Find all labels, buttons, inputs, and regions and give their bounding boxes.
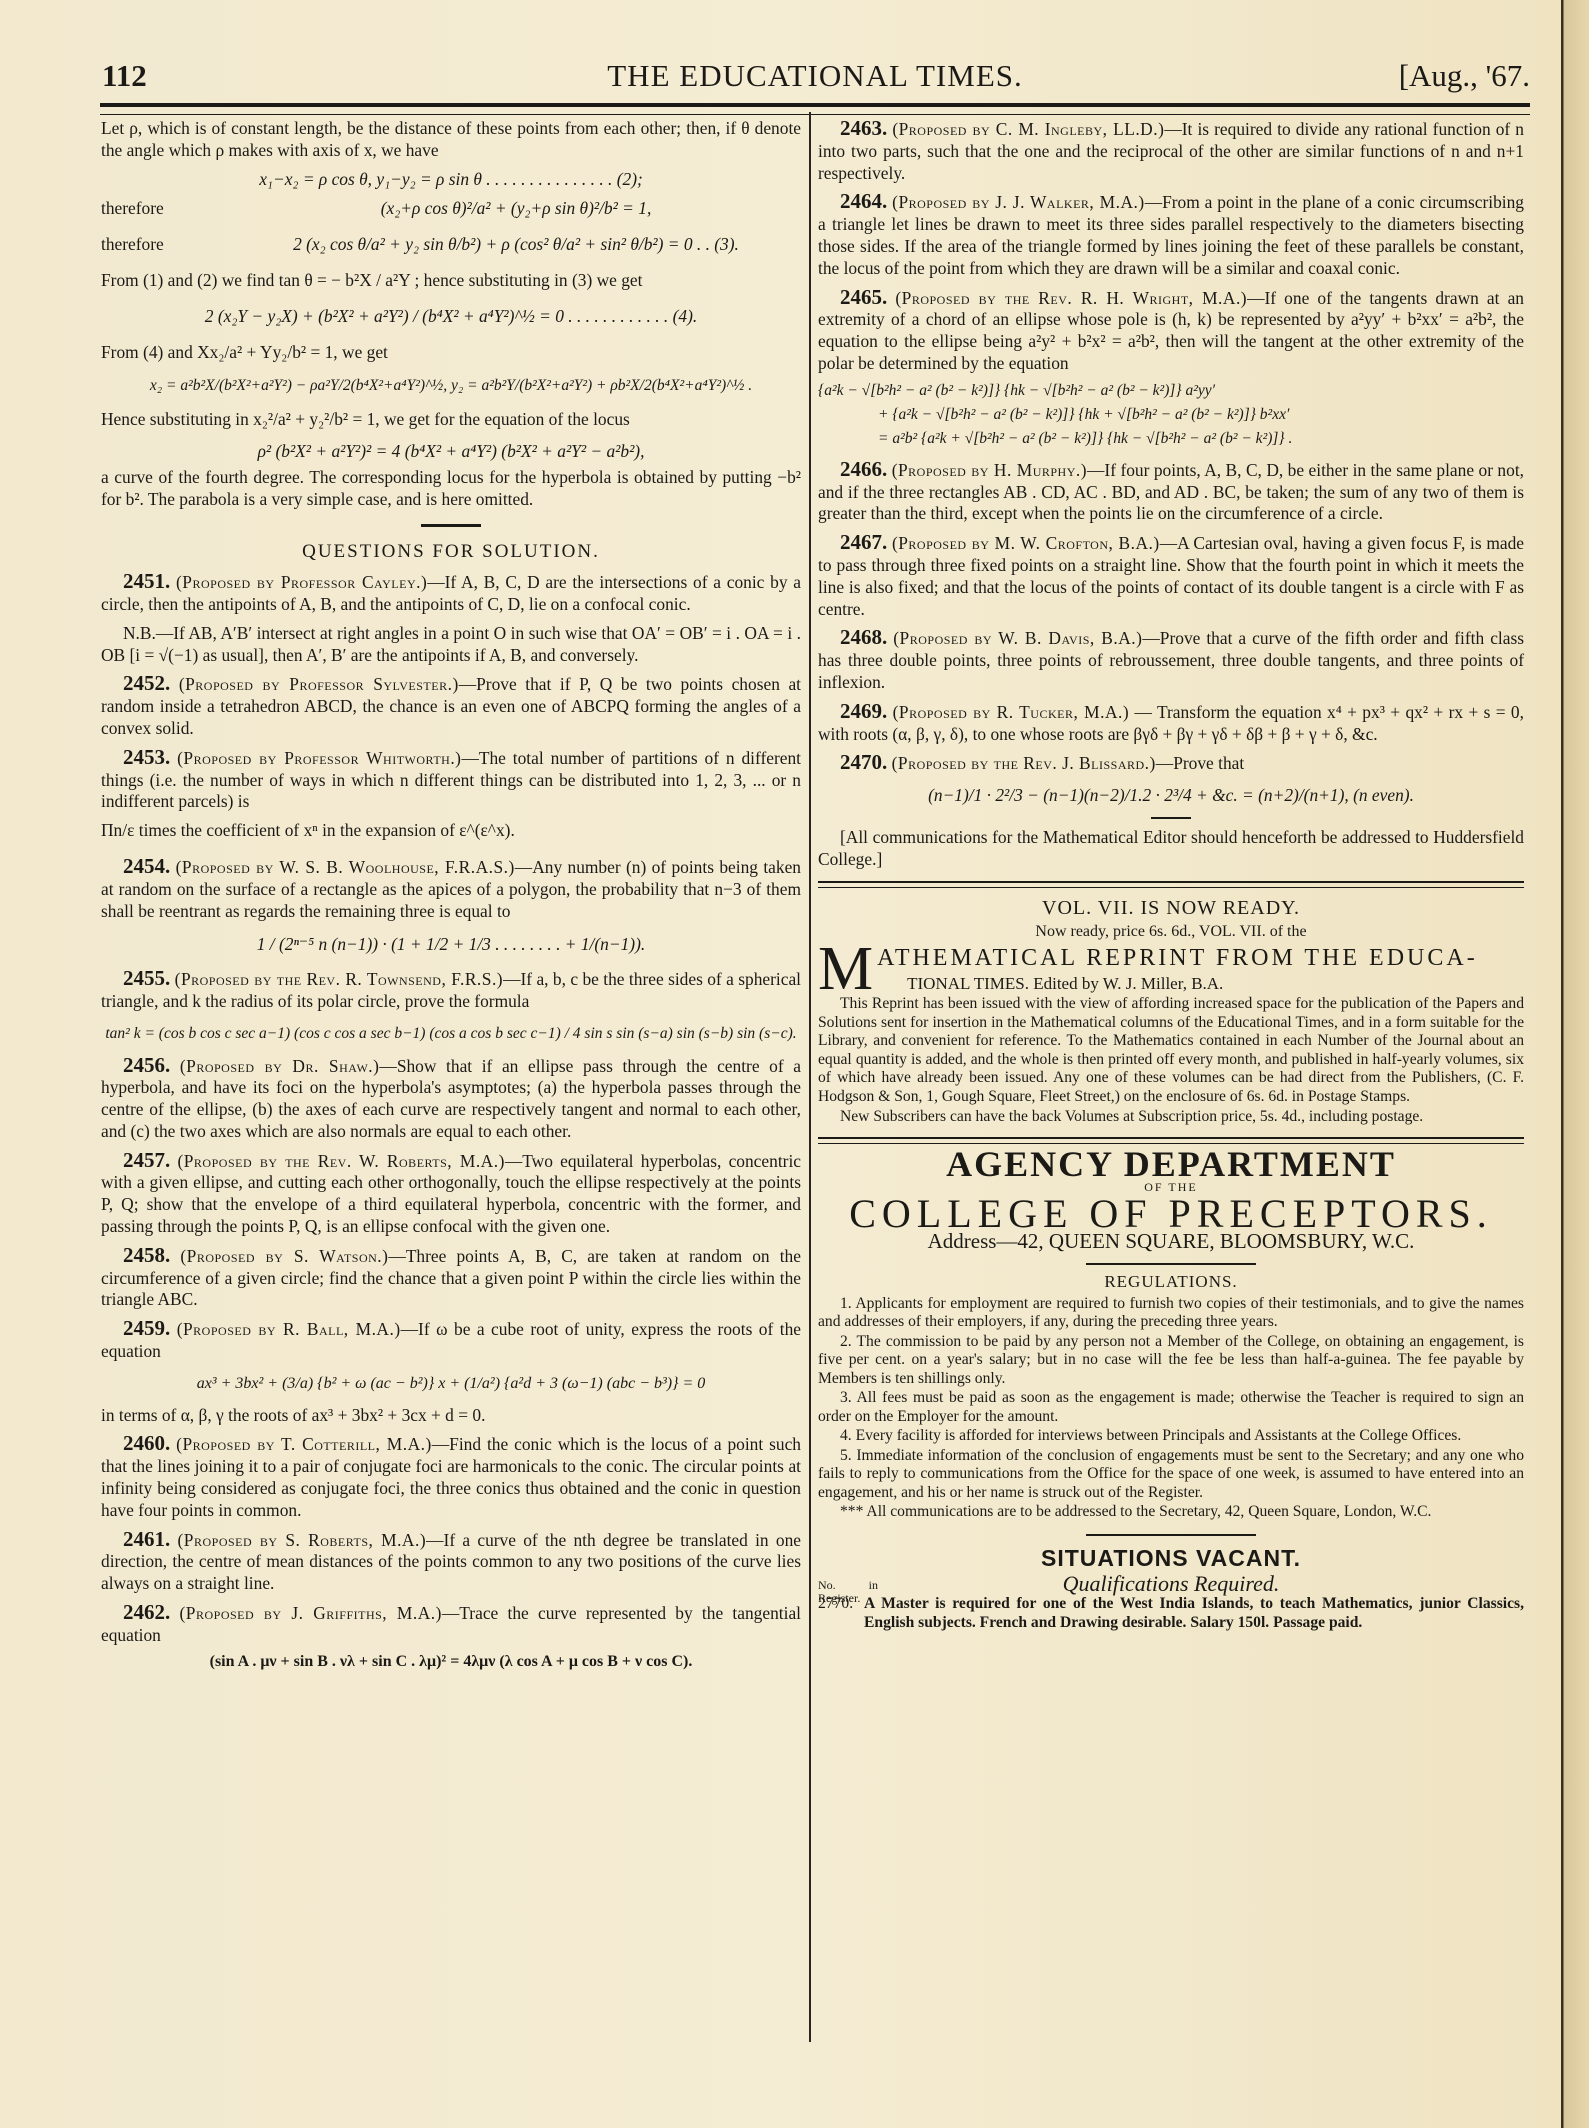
question-2461: 2461. (Proposed by S. Roberts, M.A.)—If … <box>101 1529 801 1595</box>
vol-ad-title: VOL. VII. IS NOW READY. <box>818 898 1524 920</box>
equation-3: 2 (x₂ cos θ/a² + y₂ sin θ/b²) + ρ (cos² … <box>231 234 801 256</box>
situations-subtitle: Qualifications Required. <box>818 1573 1524 1595</box>
question-2453: 2453. (Proposed by Professor Whitworth.)… <box>101 747 801 813</box>
situation-text: A Master is required for one of the West… <box>864 1595 1524 1632</box>
question-2458: 2458. (Proposed by S. Watson.)—Three poi… <box>101 1245 801 1311</box>
question-2459-after: in terms of α, β, γ the roots of ax³ + 3… <box>101 1405 801 1427</box>
equation-x2-y2: x₂ = a²b²X/(b²X²+a²Y²) − ρa²Y/2(b⁴X²+a⁴Y… <box>101 375 801 397</box>
question-2468: 2468. (Proposed by W. B. Davis, B.A.)—Pr… <box>818 627 1524 693</box>
headline-line-2: TIONAL TIMES. Edited by W. J. Miller, B.… <box>877 973 1478 995</box>
question-2469: 2469. (Proposed by R. Tucker, M.A.) — Tr… <box>818 701 1524 746</box>
situations-title: SITUATIONS VACANT. <box>818 1548 1524 1570</box>
running-title: THE EDUCATIONAL TIMES. <box>100 58 1530 94</box>
question-2470-formula: (n−1)/1 · 2²/3 − (n−1)(n−2)/1.2 · 2³/4 +… <box>818 785 1524 807</box>
question-2467: 2467. (Proposed by M. W. Crofton, B.A.)—… <box>818 532 1524 620</box>
header-rule <box>100 103 1530 115</box>
regulation-5: 5. Immediate information of the conclusi… <box>818 1447 1524 1503</box>
section-double-rule <box>818 1137 1524 1144</box>
equation-row: therefore 2 (x₂ cos θ/a² + y₂ sin θ/b²) … <box>101 234 801 256</box>
derivation-paragraph: From (4) and Xx₂/a² + Yy₂/b² = 1, we get <box>101 342 801 364</box>
question-2455-formula: tan² k = (cos b cos c sec a−1) (cos c co… <box>101 1023 801 1045</box>
headline-line-1: ATHEMATICAL REPRINT FROM THE EDUCA- <box>877 943 1478 973</box>
right-column: 2463. (Proposed by C. M. Ingleby, LL.D.)… <box>818 118 1524 1632</box>
conclusion-paragraph: a curve of the fourth degree. The corres… <box>101 467 801 511</box>
question-2451-note: N.B.—If AB, A′B′ intersect at right angl… <box>101 623 801 667</box>
issue-date: [Aug., '67. <box>1399 58 1530 94</box>
regulation-4: 4. Every facility is afforded for interv… <box>818 1427 1524 1446</box>
question-2466: 2466. (Proposed by H. Murphy.)—If four p… <box>818 459 1524 525</box>
left-column: Let ρ, which is of constant length, be t… <box>101 118 801 1680</box>
question-2462-formula: (sin A . μν + sin B . νλ + sin C . λμ)² … <box>101 1651 801 1673</box>
question-2456: 2456. (Proposed by Dr. Shaw.)—Show that … <box>101 1055 801 1143</box>
column-divider <box>809 112 811 2042</box>
question-2465: 2465. (Proposed by the Rev. R. H. Wright… <box>818 287 1524 375</box>
question-2455: 2455. (Proposed by the Rev. R. Townsend,… <box>101 968 801 1013</box>
question-2462: 2462. (Proposed by J. Griffiths, M.A.)—T… <box>101 1602 801 1647</box>
equation-2: x₁−x₂ = ρ cos θ, y₁−y₂ = ρ sin θ . . . .… <box>101 169 801 191</box>
question-2454-formula: 1 / (2ⁿ⁻⁵ n (n−1)) · (1 + 1/2 + 1/3 . . … <box>101 934 801 956</box>
intro-paragraph: Let ρ, which is of constant length, be t… <box>101 118 801 162</box>
regulations-title: REGULATIONS. <box>818 1271 1524 1293</box>
vol-ad-headline: M ATHEMATICAL REPRINT FROM THE EDUCA- TI… <box>818 943 1524 995</box>
vol-ad-subtitle: Now ready, price 6s. 6d., VOL. VII. of t… <box>818 921 1524 943</box>
college-name: COLLEGE OF PRECEPTORS. <box>818 1203 1524 1225</box>
register-label: No. in Register. <box>818 1579 878 1605</box>
derivation-paragraph: From (1) and (2) we find tan θ = − b²X /… <box>101 270 801 292</box>
question-2454: 2454. (Proposed by W. S. B. Woolhouse, F… <box>101 856 801 922</box>
page-binding-edge <box>1561 0 1589 2128</box>
section-rule <box>1151 817 1191 819</box>
agency-title: AGENCY DEPARTMENT <box>818 1154 1524 1176</box>
equation-label: therefore <box>101 198 231 220</box>
equation-ellipse: (x₂+ρ cos θ)²/a² + (y₂+ρ sin θ)²/b² = 1, <box>231 198 801 220</box>
question-2465-formula: {a²k − √[b²h² − a² (b² − k²)]} {hk − √[b… <box>818 379 1524 451</box>
regulation-1: 1. Applicants for employment are require… <box>818 1295 1524 1332</box>
editor-note: [All communications for the Mathematical… <box>818 827 1524 871</box>
section-double-rule <box>818 881 1524 888</box>
equation-label: therefore <box>101 234 231 256</box>
section-rule <box>421 524 481 527</box>
formula-line: + {a²k − √[b²h² − a² (b² − k²)]} {hk + √… <box>818 403 1524 427</box>
formula-line: = a²b² {a²k + √[b²h² − a² (b² − k²)]} {h… <box>818 427 1524 451</box>
section-rule <box>1086 1263 1256 1265</box>
question-2453-formula: Πn/ε times the coefficient of xⁿ in the … <box>101 820 801 842</box>
vol-ad-subscribers: New Subscribers can have the back Volume… <box>818 1108 1524 1127</box>
equation-row: therefore (x₂+ρ cos θ)²/a² + (y₂+ρ sin θ… <box>101 198 801 220</box>
vol-ad-body: This Reprint has been issued with the vi… <box>818 995 1524 1106</box>
question-2463: 2463. (Proposed by C. M. Ingleby, LL.D.)… <box>818 118 1524 184</box>
question-2470: 2470. (Proposed by the Rev. J. Blissard.… <box>818 752 1524 775</box>
equation-locus: ρ² (b²X² + a²Y²)² = 4 (b⁴X² + a⁴Y²) (b²X… <box>101 441 801 463</box>
page-header: 112 THE EDUCATIONAL TIMES. [Aug., '67. <box>100 58 1530 98</box>
drop-cap: M <box>818 943 873 995</box>
agency-department: AGENCY DEPARTMENT OF THE COLLEGE OF PREC… <box>818 1154 1524 1522</box>
situations-vacant: SITUATIONS VACANT. No. in Register. Qual… <box>818 1548 1524 1633</box>
question-2451: 2451. (Proposed by Professor Cayley.)—If… <box>101 571 801 616</box>
situation-entry: 2770. A Master is required for one of th… <box>818 1595 1524 1632</box>
derivation-paragraph: Hence substituting in x₂²/a² + y₂²/b² = … <box>101 409 801 431</box>
question-2459: 2459. (Proposed by R. Ball, M.A.)—If ω b… <box>101 1318 801 1363</box>
question-2459-formula: ax³ + 3bx² + (3/a) {b² + ω (ac − b²)} x … <box>101 1373 801 1395</box>
question-2452: 2452. (Proposed by Professor Sylvester.)… <box>101 673 801 739</box>
question-2457: 2457. (Proposed by the Rev. W. Roberts, … <box>101 1150 801 1238</box>
regulation-3: 3. All fees must be paid as soon as the … <box>818 1389 1524 1426</box>
question-2460: 2460. (Proposed by T. Cotterill, M.A.)—F… <box>101 1433 801 1521</box>
vol-vii-advertisement: VOL. VII. IS NOW READY. Now ready, price… <box>818 898 1524 1127</box>
regulation-2: 2. The commission to be paid by any pers… <box>818 1333 1524 1389</box>
question-2464: 2464. (Proposed by J. J. Walker, M.A.)—F… <box>818 191 1524 279</box>
section-title: QUESTIONS FOR SOLUTION. <box>101 541 801 563</box>
formula-line: {a²k − √[b²h² − a² (b² − k²)]} {hk − √[b… <box>818 379 1524 403</box>
equation-4: 2 (x₂Y − y₂X) + (b²X² + a²Y²) / (b⁴X² + … <box>101 306 801 328</box>
agency-footnote: *** All communications are to be address… <box>818 1503 1524 1522</box>
section-rule <box>1086 1534 1256 1536</box>
